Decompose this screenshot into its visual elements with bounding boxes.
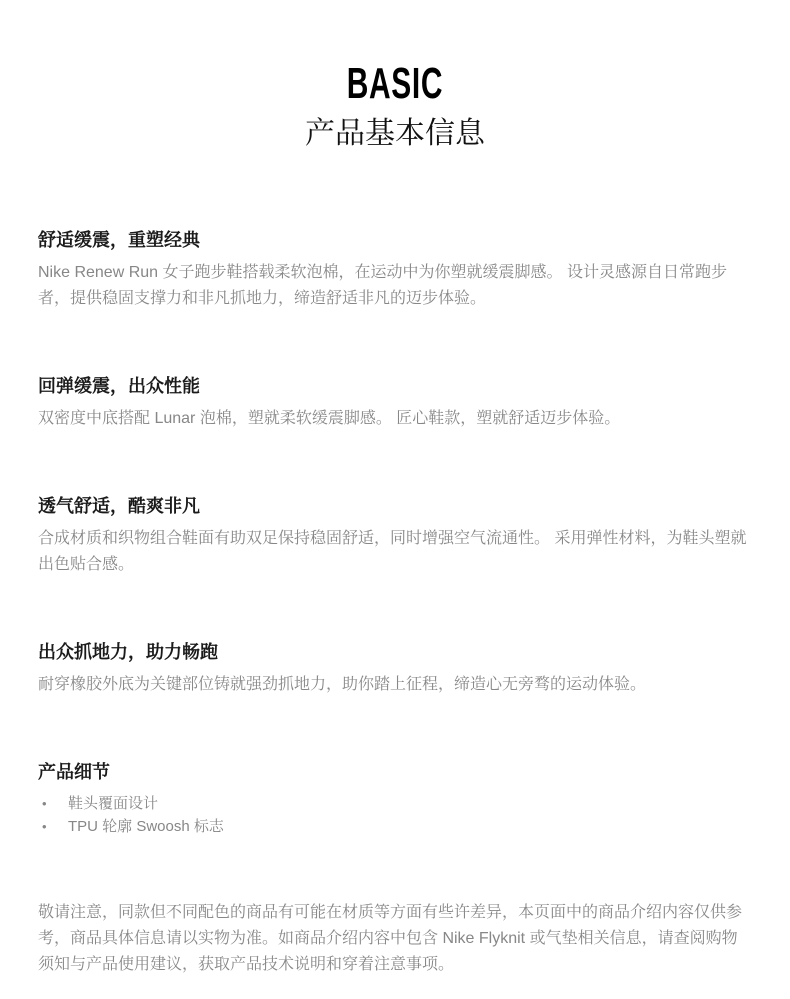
section-body: 耐穿橡胶外底为关键部位铸就强劲抓地力，助你踏上征程，缔造心无旁骛的运动体验。 — [38, 672, 752, 698]
page-subtitle: 产品基本信息 — [0, 116, 790, 152]
section-body: Nike Renew Run 女子跑步鞋搭载柔软泡棉，在运动中为你塑就缓震脚感。… — [38, 260, 752, 312]
list-item: • TPU 轮廓 Swoosh 标志 — [38, 815, 752, 838]
list-item: • 鞋头覆面设计 — [38, 792, 752, 815]
section-heading: 舒适缓震，重塑经典 — [38, 228, 752, 252]
feature-sections: 舒适缓震，重塑经典 Nike Renew Run 女子跑步鞋搭载柔软泡棉，在运动… — [0, 228, 790, 838]
page-header: BASIC 产品基本信息 — [0, 0, 790, 152]
feature-section-traction: 出众抓地力，助力畅跑 耐穿橡胶外底为关键部位铸就强劲抓地力，助你踏上征程，缔造心… — [38, 640, 752, 698]
feature-section-cushioning: 舒适缓震，重塑经典 Nike Renew Run 女子跑步鞋搭载柔软泡棉，在运动… — [38, 228, 752, 312]
section-heading: 出众抓地力，助力畅跑 — [38, 640, 752, 664]
page-title: BASIC — [347, 62, 443, 106]
bullet-icon: • — [38, 815, 68, 838]
disclaimer-note: 敬请注意，同款但不同配色的商品有可能在材质等方面有些许差异，本页面中的商品介绍内… — [0, 900, 790, 978]
section-body: 合成材质和织物组合鞋面有助双足保持稳固舒适，同时增强空气流通性。 采用弹性材料，… — [38, 526, 752, 578]
list-item-label: TPU 轮廓 Swoosh 标志 — [68, 815, 224, 838]
product-details-section: 产品细节 • 鞋头覆面设计 • TPU 轮廓 Swoosh 标志 — [38, 760, 752, 838]
details-heading: 产品细节 — [38, 760, 752, 784]
feature-section-rebound: 回弹缓震，出众性能 双密度中底搭配 Lunar 泡棉，塑就柔软缓震脚感。 匠心鞋… — [38, 374, 752, 432]
feature-section-breathability: 透气舒适，酷爽非凡 合成材质和织物组合鞋面有助双足保持稳固舒适，同时增强空气流通… — [38, 494, 752, 578]
page-title-wrap: BASIC — [0, 62, 790, 106]
list-item-label: 鞋头覆面设计 — [68, 792, 158, 815]
section-heading: 回弹缓震，出众性能 — [38, 374, 752, 398]
product-basic-info-page: BASIC 产品基本信息 舒适缓震，重塑经典 Nike Renew Run 女子… — [0, 0, 790, 999]
bullet-icon: • — [38, 792, 68, 815]
details-bullet-list: • 鞋头覆面设计 • TPU 轮廓 Swoosh 标志 — [38, 792, 752, 838]
section-heading: 透气舒适，酷爽非凡 — [38, 494, 752, 518]
section-body: 双密度中底搭配 Lunar 泡棉，塑就柔软缓震脚感。 匠心鞋款，塑就舒适迈步体验… — [38, 406, 752, 432]
